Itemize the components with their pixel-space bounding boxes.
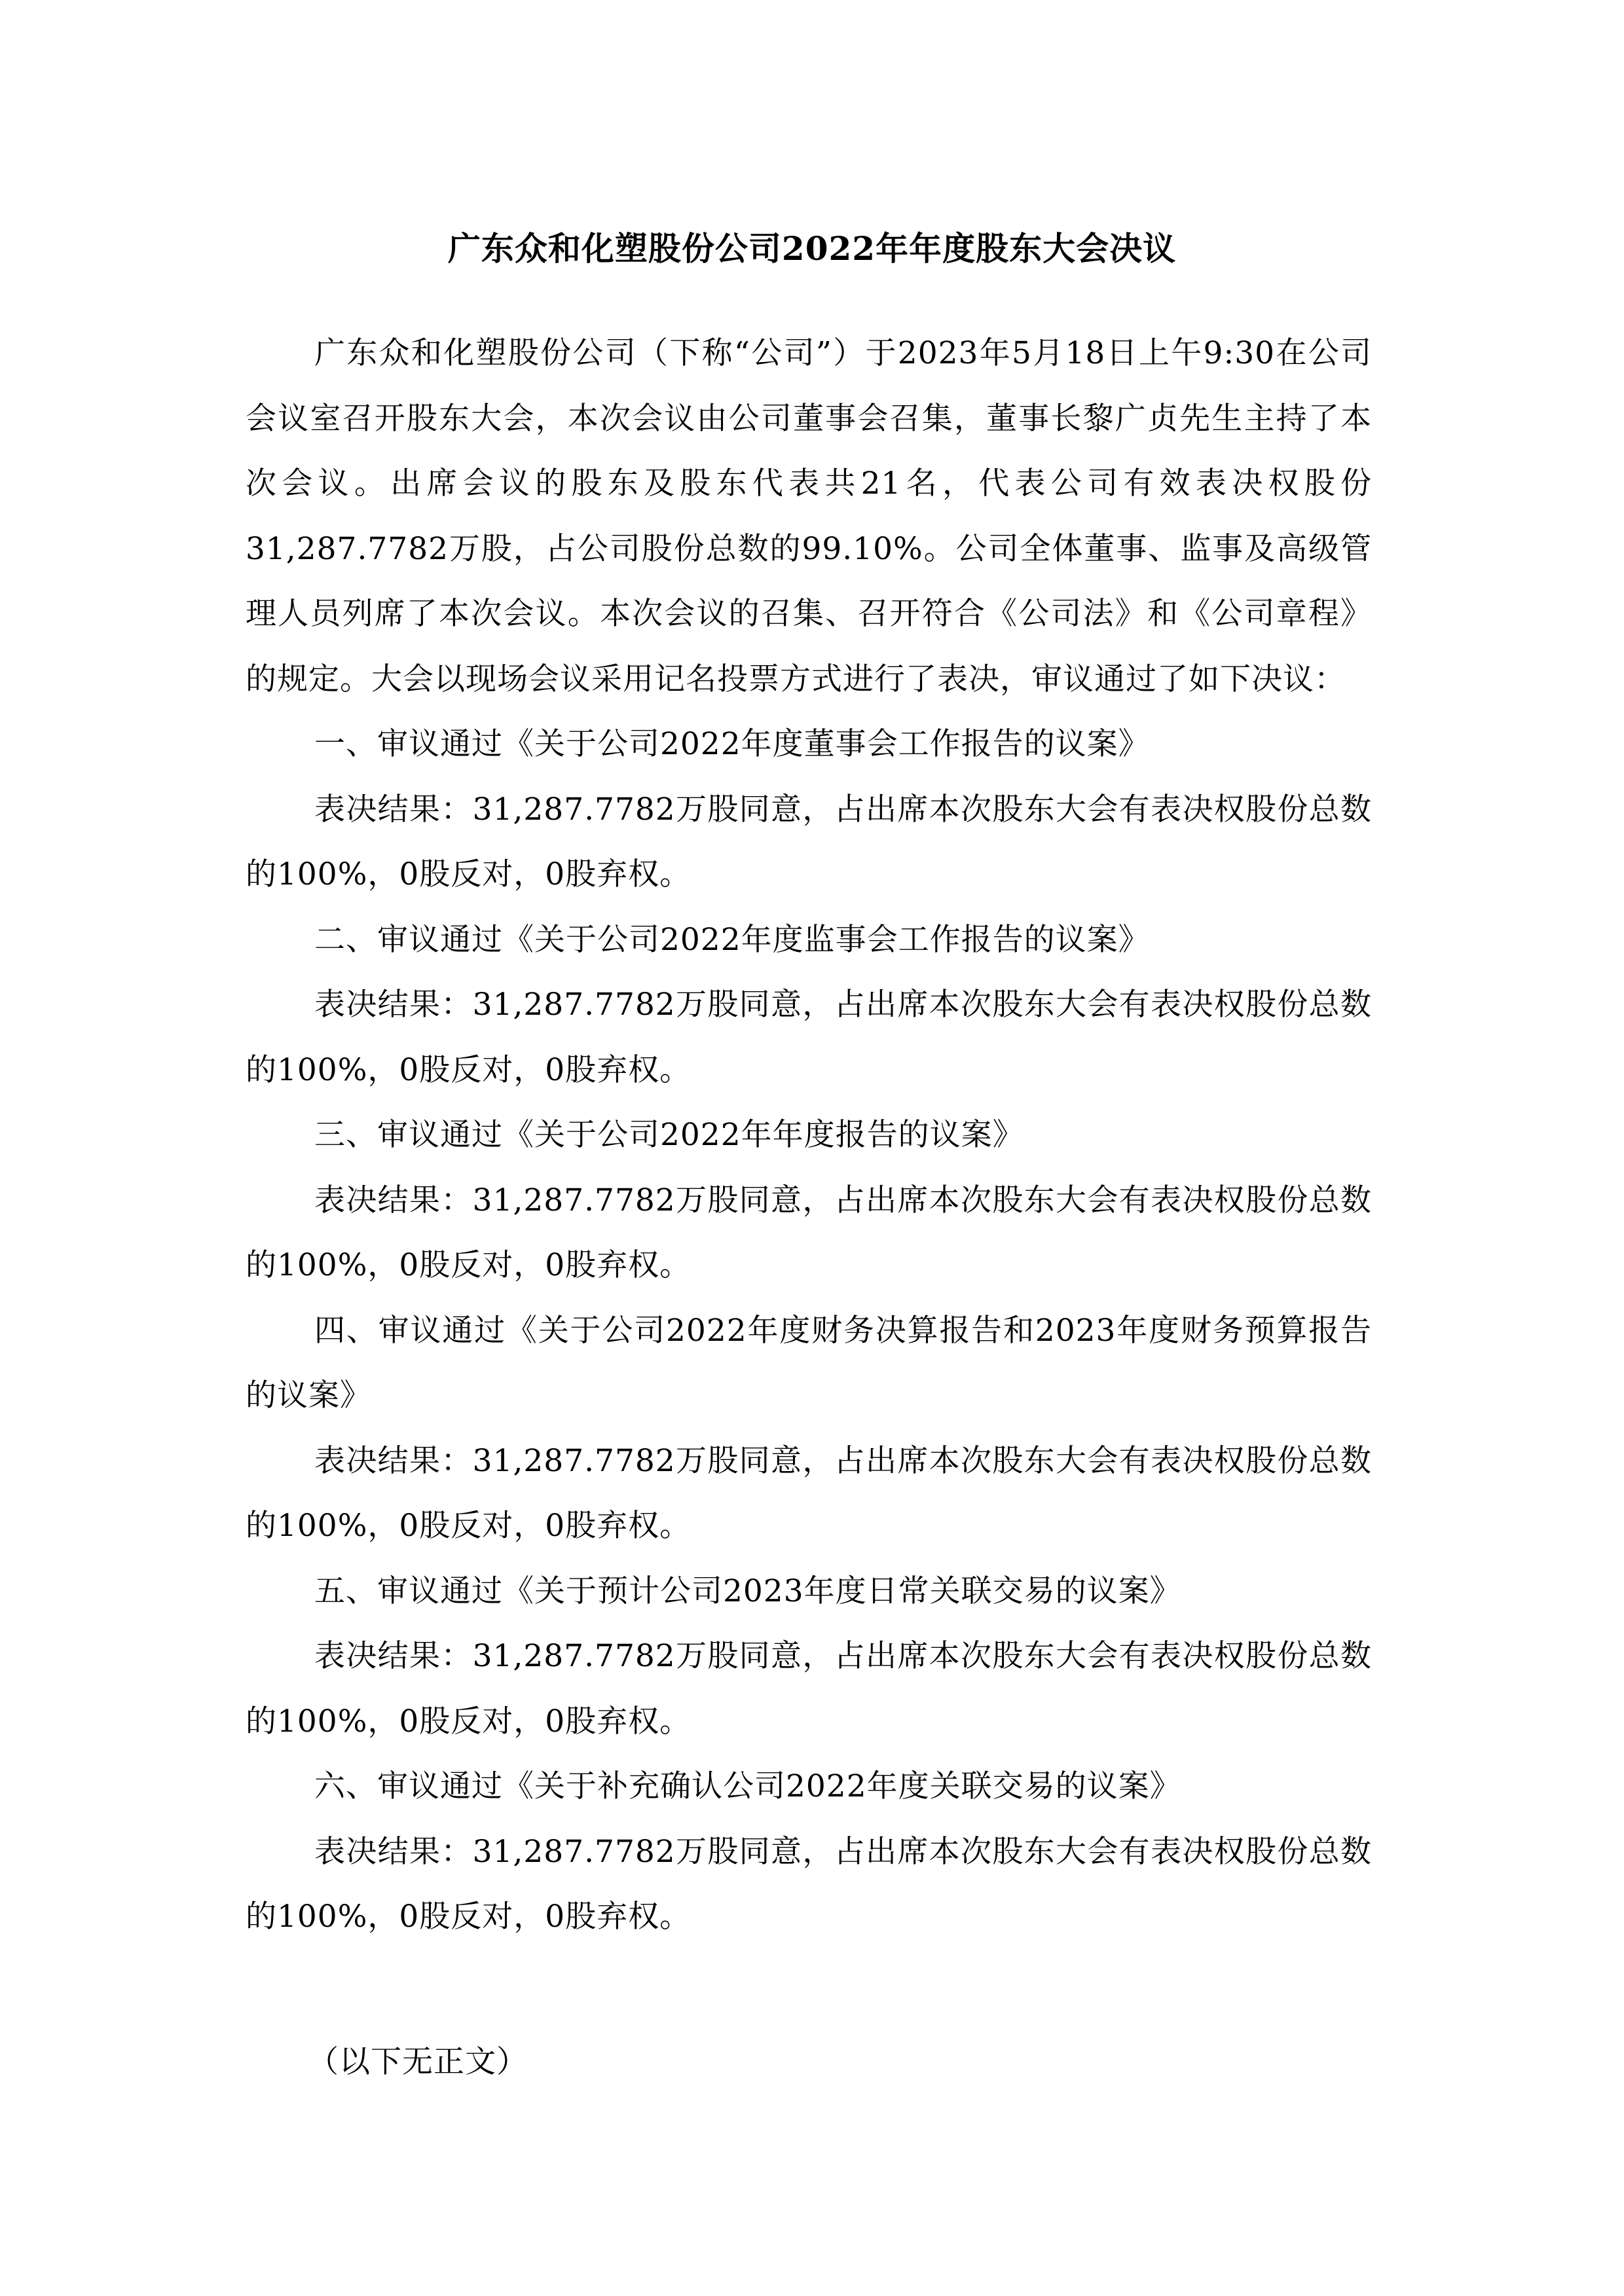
resolution-6-heading: 六、审议通过《关于补充确认公司2022年度关联交易的议案》 [246, 1754, 1372, 1819]
intro-paragraph: 广东众和化塑股份公司（下称“公司”）于2023年5月18日上午9:30在公司会议… [246, 321, 1372, 712]
resolution-4-heading: 四、审议通过《关于公司2022年度财务决算报告和2023年度财务预算报告的议案》 [246, 1298, 1372, 1429]
resolution-3-heading: 三、审议通过《关于公司2022年年度报告的议案》 [246, 1102, 1372, 1168]
document-body: 广东众和化塑股份公司（下称“公司”）于2023年5月18日上午9:30在公司会议… [246, 321, 1372, 1950]
resolution-2-heading: 二、审议通过《关于公司2022年度监事会工作报告的议案》 [246, 907, 1372, 973]
closing-note: （以下无正文） [308, 2036, 528, 2088]
resolution-2-result: 表决结果：31,287.7782万股同意，占出席本次股东大会有表决权股份总数的1… [246, 972, 1372, 1102]
resolution-1-result: 表决结果：31,287.7782万股同意，占出席本次股东大会有表决权股份总数的1… [246, 777, 1372, 907]
document-page: 广东众和化塑股份公司2022年年度股东大会决议 广东众和化塑股份公司（下称“公司… [0, 0, 1624, 2296]
resolution-5-heading: 五、审议通过《关于预计公司2023年度日常关联交易的议案》 [246, 1559, 1372, 1624]
resolution-1-heading: 一、审议通过《关于公司2022年度董事会工作报告的议案》 [246, 712, 1372, 777]
resolution-3-result: 表决结果：31,287.7782万股同意，占出席本次股东大会有表决权股份总数的1… [246, 1168, 1372, 1298]
resolution-6-result: 表决结果：31,287.7782万股同意，占出席本次股东大会有表决权股份总数的1… [246, 1819, 1372, 1950]
document-title: 广东众和化塑股份公司2022年年度股东大会决议 [0, 223, 1624, 275]
resolution-5-result: 表决结果：31,287.7782万股同意，占出席本次股东大会有表决权股份总数的1… [246, 1624, 1372, 1754]
resolution-4-result: 表决结果：31,287.7782万股同意，占出席本次股东大会有表决权股份总数的1… [246, 1429, 1372, 1559]
